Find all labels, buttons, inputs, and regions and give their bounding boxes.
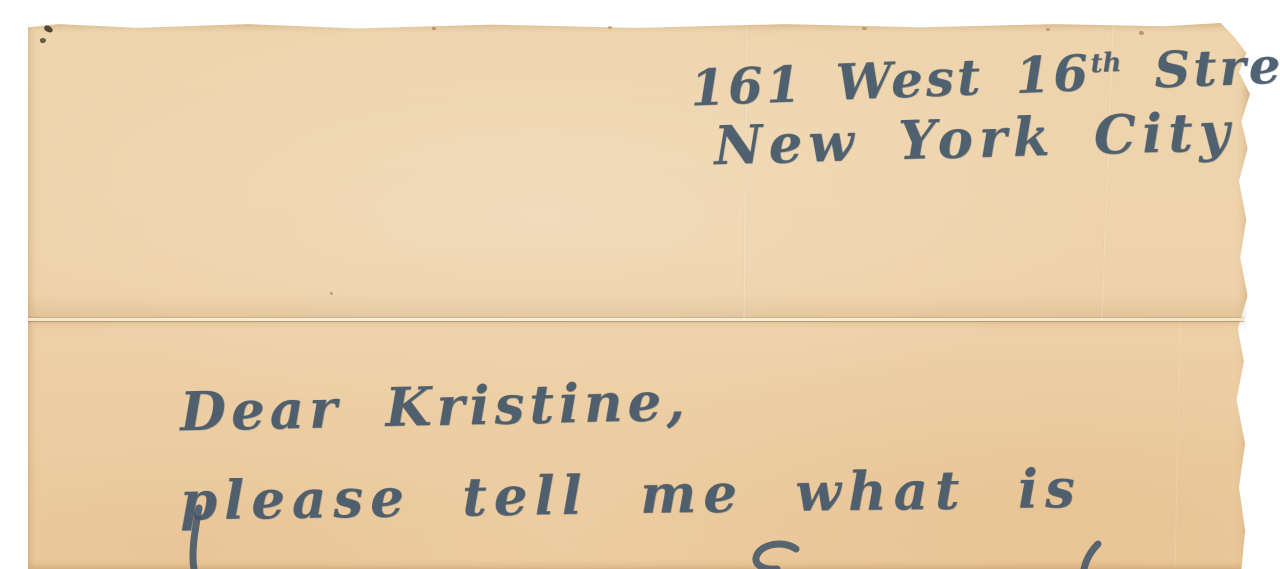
- paper-speck: [1139, 31, 1144, 35]
- paper-speck: [330, 292, 333, 295]
- address-street-name: Street: [1121, 33, 1280, 101]
- letter-photo: 161 West 16th Street New York City Dear …: [0, 0, 1280, 569]
- fold-crease-shadow: [28, 294, 1246, 318]
- paper-speck: [432, 27, 436, 30]
- paper-speck: [862, 27, 867, 30]
- fold-crease-undershadow: [28, 321, 1246, 331]
- ordinal-superscript: th: [1090, 48, 1122, 79]
- body-line-1: please tell me what is: [180, 458, 1083, 533]
- salutation-line: Dear Kristine,: [179, 371, 690, 444]
- paper-speck: [1046, 28, 1050, 31]
- paper-speck: [608, 26, 612, 29]
